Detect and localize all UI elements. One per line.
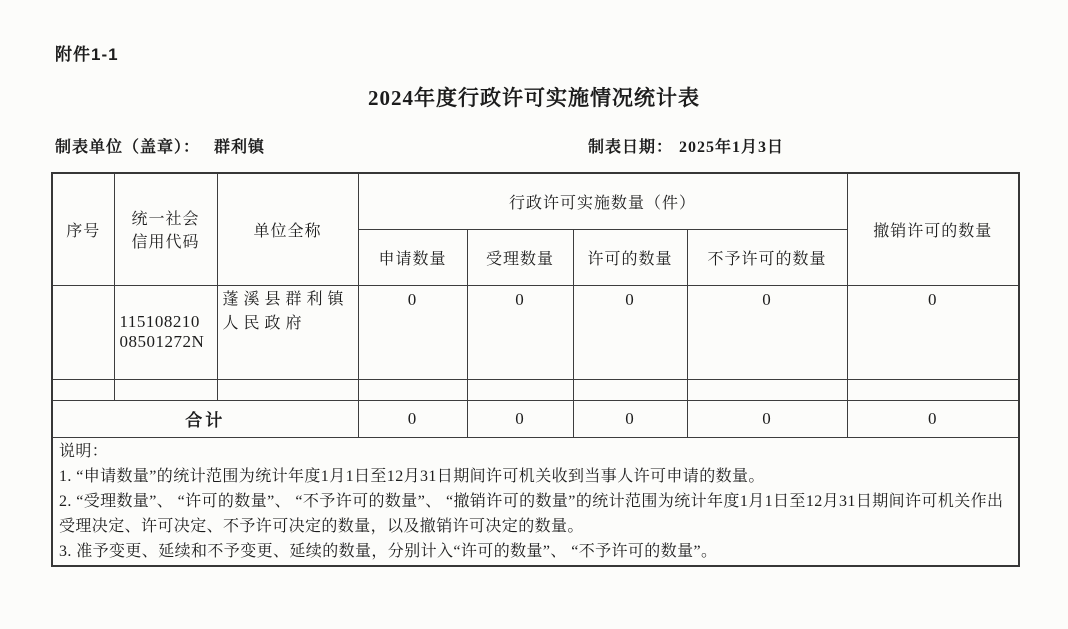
- cell-denied-count: 0: [687, 285, 847, 379]
- notes-cell: 说明： 1. “申请数量”的统计范围为统计年度1月1日至12月31日期间许可机关…: [52, 437, 1019, 566]
- empty-cell: [217, 379, 358, 400]
- cell-apply-count: 0: [358, 285, 467, 379]
- empty-cell: [687, 379, 847, 400]
- cell-unit-name: 蓬溪县群利镇 人民政府: [217, 285, 358, 379]
- column-header-accept: 受理数量: [467, 229, 573, 285]
- page-title: 2024年度行政许可实施情况统计表: [0, 82, 1068, 112]
- note-item-2: 2. “受理数量”、 “许可的数量”、 “不予许可的数量”、 “撤销许可的数量”…: [59, 489, 1010, 539]
- total-row: 合计 0 0 0 0 0: [52, 400, 1019, 437]
- header-row-1: 序号 统一社会 信用代码 单位全称 行政许可实施数量（件） 撤销许可的数量: [52, 173, 1019, 229]
- cell-seq: [52, 285, 114, 379]
- prepared-date-value: 2025年1月3日: [679, 139, 784, 156]
- column-header-seq: 序号: [52, 173, 114, 285]
- column-header-credit-code: 统一社会 信用代码: [114, 173, 217, 285]
- prepared-by-label: 制表单位（盖章）：: [55, 139, 200, 156]
- total-label: 合计: [52, 400, 358, 437]
- empty-cell: [114, 379, 217, 400]
- column-header-impl-group: 行政许可实施数量（件）: [358, 173, 847, 229]
- notes-heading: 说明：: [59, 439, 1010, 464]
- empty-cell: [52, 379, 114, 400]
- prepared-date: 制表日期：2025年1月3日: [588, 134, 784, 157]
- prepared-date-label: 制表日期：: [588, 139, 673, 156]
- empty-row: [52, 379, 1019, 400]
- license-statistics-table: 序号 统一社会 信用代码 单位全称 行政许可实施数量（件） 撤销许可的数量 申请…: [51, 172, 1020, 567]
- column-header-unit-name: 单位全称: [217, 173, 358, 285]
- cell-accept-count: 0: [467, 285, 573, 379]
- total-denied-count: 0: [687, 400, 847, 437]
- column-header-denied: 不予许可的数量: [687, 229, 847, 285]
- cell-credit-code: 115108210 08501272N: [114, 285, 217, 379]
- empty-cell: [467, 379, 573, 400]
- attachment-label: 附件1-1: [55, 40, 119, 65]
- empty-cell: [573, 379, 687, 400]
- empty-cell: [358, 379, 467, 400]
- table-row: 115108210 08501272N 蓬溪县群利镇 人民政府 0 0 0 0 …: [52, 285, 1019, 379]
- prepared-by-value: 群利镇: [214, 139, 265, 156]
- prepared-by: 制表单位（盖章）：群利镇: [55, 134, 265, 157]
- column-header-apply: 申请数量: [358, 229, 467, 285]
- cell-revoked-count: 0: [847, 285, 1019, 379]
- scanned-document-page: { "page": { "attachment": "附件1-1", "titl…: [0, 0, 1068, 629]
- total-accept-count: 0: [467, 400, 573, 437]
- note-item-3: 3. 准予变更、延续和不予变更、延续的数量，分别计入“许可的数量”、 “不予许可…: [59, 539, 1010, 564]
- total-revoked-count: 0: [847, 400, 1019, 437]
- note-item-1: 1. “申请数量”的统计范围为统计年度1月1日至12月31日期间许可机关收到当事…: [59, 464, 1010, 489]
- empty-cell: [847, 379, 1019, 400]
- total-granted-count: 0: [573, 400, 687, 437]
- cell-granted-count: 0: [573, 285, 687, 379]
- column-header-granted: 许可的数量: [573, 229, 687, 285]
- total-apply-count: 0: [358, 400, 467, 437]
- notes-row: 说明： 1. “申请数量”的统计范围为统计年度1月1日至12月31日期间许可机关…: [52, 437, 1019, 566]
- column-header-revoked: 撤销许可的数量: [847, 173, 1019, 285]
